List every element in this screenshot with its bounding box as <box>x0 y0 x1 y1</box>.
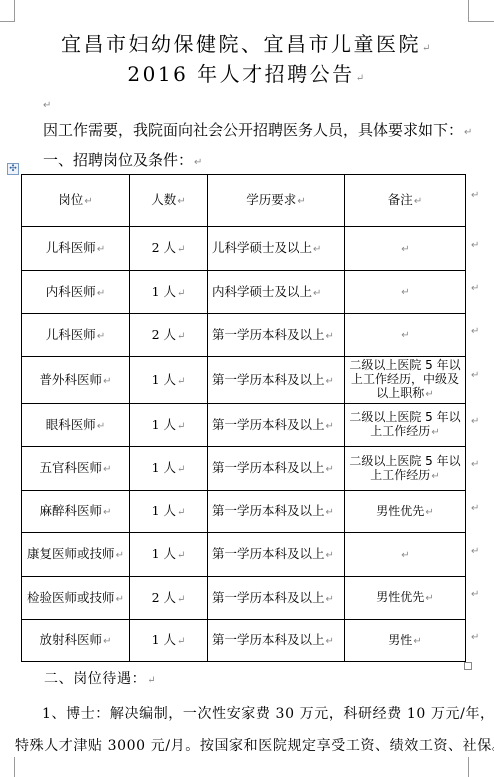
row-end-mark-icon: ↵ <box>471 459 479 470</box>
cell-count[interactable]: 1 人↵ <box>130 357 208 404</box>
row-end-mark-icon: ↵ <box>471 632 479 643</box>
cell-mark-icon: ↵ <box>116 594 124 605</box>
cell-mark-icon: ↵ <box>177 507 185 518</box>
cell-mark-icon: ↵ <box>326 507 334 518</box>
cell-position[interactable]: 眼科医师↵ <box>22 404 130 447</box>
cell-position[interactable]: 儿科医师↵ <box>22 314 130 357</box>
cell-mark-icon: ↵ <box>177 464 185 475</box>
cell-note[interactable]: 男性优先↵ <box>345 491 466 533</box>
cell-mark-icon: ↵ <box>326 594 334 605</box>
cell-mark-icon: ↵ <box>177 196 185 207</box>
cell-mark-icon: ↵ <box>326 331 334 342</box>
table-row: 检验医师或技师↵ 2 人↵ 第一学历本科及以上↵ 男性优先↵ <box>22 577 466 620</box>
cell-education[interactable]: 第一学历本科及以上↵ <box>208 314 345 357</box>
cell-education[interactable]: 第一学历本科及以上↵ <box>208 447 345 491</box>
cell-note[interactable]: 二级以上医院 5 年以上工作经历↵ <box>345 447 466 491</box>
cell-mark-icon: ↵ <box>103 464 111 475</box>
intro-paragraph[interactable]: 因工作需要，我院面向社会公开招聘医务人员，具体要求如下：↵ <box>43 119 472 140</box>
empty-paragraph[interactable]: ↵ <box>42 93 51 112</box>
cell-mark-icon: ↵ <box>177 594 185 605</box>
cell-mark-icon: ↵ <box>103 376 111 387</box>
cell-mark-icon: ↵ <box>401 330 409 341</box>
cell-mark-icon: ↵ <box>97 421 105 432</box>
cell-mark-icon: ↵ <box>326 550 334 561</box>
cell-count[interactable]: 1 人↵ <box>130 447 208 491</box>
row-end-mark-icon: ↵ <box>471 326 479 337</box>
cell-count[interactable]: 2 人↵ <box>130 314 208 357</box>
table-row: 康复医师或技师↵ 1 人↵ 第一学历本科及以上↵ ↵ <box>22 533 466 577</box>
cell-note[interactable]: ↵ <box>345 314 466 357</box>
cell-mark-icon: ↵ <box>103 636 111 647</box>
cell-mark-icon: ↵ <box>313 288 321 299</box>
table-row: 儿科医师↵ 2 人↵ 儿科学硕士及以上↵ ↵ <box>22 227 466 271</box>
table-row: 普外科医师↵ 1 人↵ 第一学历本科及以上↵ 二级以上医院 5 年以上工作经历，… <box>22 357 466 404</box>
cell-count[interactable]: 1 人↵ <box>130 620 208 662</box>
cell-count[interactable]: 1 人↵ <box>130 271 208 314</box>
cell-note[interactable]: ↵ <box>345 271 466 314</box>
cell-position[interactable]: 内科医师↵ <box>22 271 130 314</box>
cell-mark-icon: ↵ <box>97 288 105 299</box>
paragraph-mark-icon: ↵ <box>356 73 367 84</box>
cell-mark-icon: ↵ <box>177 288 185 299</box>
paragraph-mark-icon: ↵ <box>147 675 156 686</box>
row-end-mark-icon: ↵ <box>471 546 479 557</box>
cell-count[interactable]: 1 人↵ <box>130 491 208 533</box>
cell-mark-icon: ↵ <box>177 421 185 432</box>
header-note[interactable]: 备注↵ <box>345 175 466 227</box>
cell-position[interactable]: 放射科医师↵ <box>22 620 130 662</box>
cell-position[interactable]: 康复医师或技师↵ <box>22 533 130 577</box>
table-row: 麻醉科医师↵ 1 人↵ 第一学历本科及以上↵ 男性优先↵ <box>22 491 466 533</box>
cell-mark-icon: ↵ <box>313 244 321 255</box>
paragraph-mark-icon: ↵ <box>194 157 202 168</box>
cell-education[interactable]: 第一学历本科及以上↵ <box>208 404 345 447</box>
row-end-mark-icon: ↵ <box>471 190 479 201</box>
cell-mark-icon: ↵ <box>177 636 185 647</box>
cell-mark-icon: ↵ <box>425 389 433 400</box>
cell-education[interactable]: 儿科学硕士及以上↵ <box>208 227 345 271</box>
cell-position[interactable]: 麻醉科医师↵ <box>22 491 130 533</box>
row-end-mark-icon: ↵ <box>471 416 479 427</box>
cell-mark-icon: ↵ <box>297 196 305 207</box>
section1-heading[interactable]: 一、招聘岗位及条件：↵ <box>43 149 202 170</box>
benefit1-line1[interactable]: 1、博士：解决编制，一次性安家费 30 万元，科研经费 10 万元/年， <box>42 703 494 723</box>
cell-mark-icon: ↵ <box>425 507 433 518</box>
row-end-mark-icon: ↵ <box>471 589 479 600</box>
cell-mark-icon: ↵ <box>116 550 124 561</box>
cell-note[interactable]: ↵ <box>345 533 466 577</box>
cell-mark-icon: ↵ <box>401 287 409 298</box>
row-end-mark-icon: ↵ <box>471 370 479 381</box>
header-count[interactable]: 人数↵ <box>130 175 208 227</box>
cell-count[interactable]: 1 人↵ <box>130 533 208 577</box>
cell-education[interactable]: 第一学历本科及以上↵ <box>208 577 345 620</box>
cell-mark-icon: ↵ <box>326 376 334 387</box>
cell-mark-icon: ↵ <box>97 244 105 255</box>
table-row: 内科医师↵ 1 人↵ 内科学硕士及以上↵ ↵ <box>22 271 466 314</box>
cell-note[interactable]: 二级以上医院 5 年以上工作经历，中级及以上职称↵ <box>345 357 466 404</box>
paragraph-mark-icon: ↵ <box>422 43 433 54</box>
table-move-handle-icon[interactable]: ✣ <box>7 163 19 175</box>
cell-mark-icon: ↵ <box>326 636 334 647</box>
cell-position[interactable]: 检验医师或技师↵ <box>22 577 130 620</box>
paragraph-mark-icon: ↵ <box>43 100 51 111</box>
cell-count[interactable]: 2 人↵ <box>130 577 208 620</box>
cell-mark-icon: ↵ <box>103 507 111 518</box>
cell-mark-icon: ↵ <box>425 593 433 604</box>
page-corner-mark-bottom-left <box>14 757 15 777</box>
cell-mark-icon: ↵ <box>431 427 439 438</box>
row-end-mark-icon: ↵ <box>471 503 479 514</box>
cell-mark-icon: ↵ <box>177 244 185 255</box>
cell-mark-icon: ↵ <box>401 550 409 561</box>
cell-mark-icon: ↵ <box>84 196 92 207</box>
benefit1-line2[interactable]: 特殊人才津贴 3000 元/月。按国家和医院规定享受工资、绩效工资、社保。↵ <box>15 735 494 755</box>
table-row: 五官科医师↵ 1 人↵ 第一学历本科及以上↵ 二级以上医院 5 年以上工作经历↵ <box>22 447 466 491</box>
cell-note[interactable]: 男性↵ <box>345 620 466 662</box>
cell-mark-icon: ↵ <box>177 376 185 387</box>
cell-position[interactable]: 五官科医师↵ <box>22 447 130 491</box>
cell-education[interactable]: 第一学历本科及以上↵ <box>208 357 345 404</box>
section2-heading[interactable]: 二、岗位待遇：↵ <box>44 668 156 688</box>
cell-mark-icon: ↵ <box>97 331 105 342</box>
cell-mark-icon: ↵ <box>326 421 334 432</box>
cell-education[interactable]: 内科学硕士及以上↵ <box>208 271 345 314</box>
cell-education[interactable]: 第一学历本科及以上↵ <box>208 620 345 662</box>
paragraph-mark-icon: ↵ <box>464 127 472 138</box>
cell-position[interactable]: 儿科医师↵ <box>22 227 130 271</box>
table-row: 放射科医师↵ 1 人↵ 第一学历本科及以上↵ 男性↵ <box>22 620 466 662</box>
cell-mark-icon: ↵ <box>326 464 334 475</box>
recruitment-table: 岗位↵ 人数↵ 学历要求↵ 备注↵ 儿科医师↵ 2 人↵ 儿科学硕士及以上↵ ↵… <box>21 174 466 662</box>
cell-mark-icon: ↵ <box>401 244 409 255</box>
cell-note[interactable]: ↵ <box>345 227 466 271</box>
page-corner-mark-top-right <box>468 0 494 22</box>
header-education[interactable]: 学历要求↵ <box>208 175 345 227</box>
cell-education[interactable]: 第一学历本科及以上↵ <box>208 491 345 533</box>
cell-mark-icon: ↵ <box>177 550 185 561</box>
cell-mark-icon: ↵ <box>431 471 439 482</box>
document-title-line2[interactable]: 2016 年人才招聘公告↵ <box>0 58 494 87</box>
cell-mark-icon: ↵ <box>414 196 422 207</box>
cell-mark-icon: ↵ <box>413 636 421 647</box>
cell-count[interactable]: 1 人↵ <box>130 404 208 447</box>
header-position[interactable]: 岗位↵ <box>22 175 130 227</box>
cell-note[interactable]: 二级以上医院 5 年以上工作经历↵ <box>345 404 466 447</box>
cell-education[interactable]: 第一学历本科及以上↵ <box>208 533 345 577</box>
cell-position[interactable]: 普外科医师↵ <box>22 357 130 404</box>
table-row: 眼科医师↵ 1 人↵ 第一学历本科及以上↵ 二级以上医院 5 年以上工作经历↵ <box>22 404 466 447</box>
row-end-mark-icon: ↵ <box>471 283 479 294</box>
table-resize-handle[interactable] <box>464 662 472 670</box>
page-corner-mark-bottom-right <box>468 757 469 777</box>
table-header-row: 岗位↵ 人数↵ 学历要求↵ 备注↵ <box>22 175 466 227</box>
table-row: 儿科医师↵ 2 人↵ 第一学历本科及以上↵ ↵ <box>22 314 466 357</box>
row-end-mark-icon: ↵ <box>471 240 479 251</box>
cell-note[interactable]: 男性优先↵ <box>345 577 466 620</box>
page-corner-mark-top-left <box>0 0 15 22</box>
cell-count[interactable]: 2 人↵ <box>130 227 208 271</box>
cell-mark-icon: ↵ <box>177 331 185 342</box>
document-title-line1[interactable]: 宜昌市妇幼保健院、宜昌市儿童医院↵ <box>0 28 494 57</box>
